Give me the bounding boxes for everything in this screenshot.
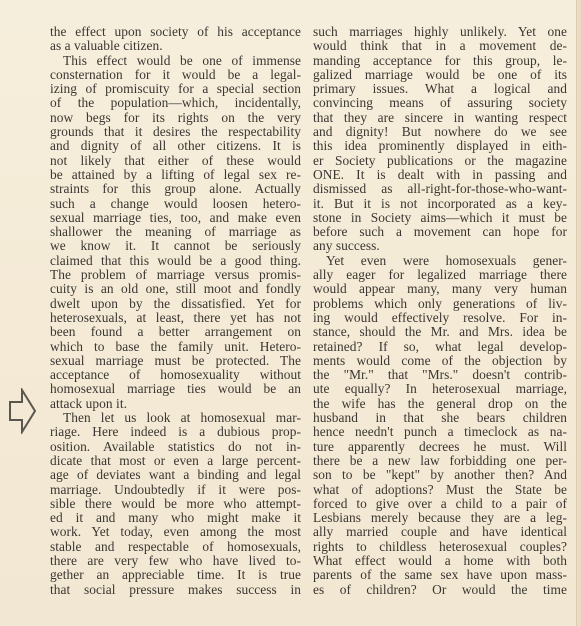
text-line: age of deviates want a binding and legal [50, 468, 301, 482]
text-line: would think that in a movement de- [313, 39, 567, 53]
text-line: consternation for it would be a legal- [50, 68, 301, 82]
text-line: the "Mr." that "Mrs." doesn't contrib- [313, 368, 567, 382]
text-line: and dignity! But nowhere do we see [313, 125, 567, 139]
text-line: any success. [313, 239, 567, 253]
text-line: as a valuable citizen. [50, 39, 301, 53]
text-line: such marriages highly unlikely. Yet one [313, 25, 567, 39]
text-line: What effect would a home with both [313, 554, 567, 568]
text-line: ing would effectively resolve. For in- [313, 311, 567, 325]
text-line: es of children? Or would the time [313, 583, 567, 597]
text-line: work. Yet today, even among the most [50, 525, 301, 539]
text-line: that social pressure makes success in [50, 583, 301, 597]
text-line: dwelt upon by the dissatisfied. Yet for [50, 297, 301, 311]
text-line: there are very few who have lived to- [50, 554, 301, 568]
text-line: Lesbians merely because they are a leg- [313, 511, 567, 525]
text-line: this idea prominently displayed in eith- [313, 139, 567, 153]
text-line: shallower the meaning of marriage as [50, 225, 301, 239]
text-line: now begs for its rights on the very [50, 111, 301, 125]
text-line: been found a better arrangement on [50, 325, 301, 339]
text-line: forced to give over a child to a pair of [313, 497, 567, 511]
text-line: not likely that either of these would [50, 154, 301, 168]
text-line: This effect would be one of immense [50, 54, 301, 68]
text-line: be attained by a lifting of legal sex re… [50, 168, 301, 182]
text-line: osition. Available statistics do not in- [50, 440, 301, 454]
text-line: riage. Here indeed is a dubious prop- [50, 425, 301, 439]
text-line: dicate that most or even a large percent… [50, 454, 301, 468]
text-line: ute equally? In heterosexual marriage, [313, 382, 567, 396]
text-line: attack upon it. [50, 397, 301, 411]
text-line: problems which only generations of liv- [313, 297, 567, 311]
text-line: there be a new law forbidding one per- [313, 454, 567, 468]
text-line: which to base the family unit. Hetero- [50, 340, 301, 354]
text-line: grounds that it desires the respectabili… [50, 125, 301, 139]
text-line: Then let us look at homosexual mar- [50, 411, 301, 425]
text-line: ONE. It is dealt with in passing and [313, 168, 567, 182]
text-line: ments would come of the objection by [313, 354, 567, 368]
text-line: stable and respectable of homosexuals, [50, 540, 301, 554]
text-line: manding acceptance for this group, le- [313, 54, 567, 68]
text-line: would appear many, many very human [313, 282, 567, 296]
text-line: ally married couple and have identical [313, 525, 567, 539]
text-line: cuity is an old one, still moot and fond… [50, 282, 301, 296]
text-line: it. But it is not incorporated as a key- [313, 197, 567, 211]
text-line: rights to childless heterosexual couples… [313, 540, 567, 554]
text-line: sexual marriage ties, too, and make even [50, 211, 301, 225]
text-line: acceptance of homosexuality without [50, 368, 301, 382]
text-line: what of adoptions? Must the State be [313, 483, 567, 497]
text-line: marriage. Undoubtedly if it were pos- [50, 483, 301, 497]
text-line: Yet even were homosexuals gener- [313, 254, 567, 268]
text-line: sible there would be more who attempt- [50, 497, 301, 511]
scanned-page: the effect upon society of his acceptanc… [0, 0, 578, 626]
text-line: ture apparently decrees he must. Will [313, 440, 567, 454]
page-edge [576, 0, 581, 626]
text-line: that they are sincere in wanting respect [313, 111, 567, 125]
text-line: The problem of marriage versus promis- [50, 268, 301, 282]
text-line: homosexual marriage ties would be an [50, 382, 301, 396]
text-line: convincing means of assuring society [313, 96, 567, 110]
text-line: such a change would loosen hetero- [50, 197, 301, 211]
text-line: primary issues. What a logical and [313, 82, 567, 96]
text-line: parents of the same sex have upon mass- [313, 568, 567, 582]
text-line: hence needn't punch a timeclock as na- [313, 425, 567, 439]
text-line: ed it and many who might make it [50, 511, 301, 525]
right-text-column: such marriages highly unlikely. Yet onew… [313, 25, 567, 597]
text-line: husband in that she bears children [313, 411, 567, 425]
left-text-column: the effect upon society of his acceptanc… [50, 25, 301, 597]
right-arrow-outline-icon [9, 388, 37, 434]
text-line: and dignity of all other citizens. It is [50, 139, 301, 153]
text-line: of the population—which, incidentally, [50, 96, 301, 110]
text-line: dismissed as all-right-for-those-who-wan… [313, 182, 567, 196]
text-line: the effect upon society of his acceptanc… [50, 25, 301, 39]
text-line: we know it. It cannot be seriously [50, 239, 301, 253]
text-line: stone in Society aims—which it must be [313, 211, 567, 225]
text-line: ally eager for legalized marriage there [313, 268, 567, 282]
text-line: galized marriage would be one of its [313, 68, 567, 82]
text-line: straints for this group alone. Actually [50, 182, 301, 196]
text-line: izing of promiscuity for a special secti… [50, 82, 301, 96]
text-line: sexual marriage must be protected. The [50, 354, 301, 368]
text-line: gether an appreciable time. It is true [50, 568, 301, 582]
text-line: er Society publications or the magazine [313, 154, 567, 168]
text-line: stance, should the Mr. and Mrs. idea be [313, 325, 567, 339]
text-line: claimed that this would be a good thing. [50, 254, 301, 268]
text-line: heterosexuals, at least, there yet has n… [50, 311, 301, 325]
text-line: son to be "kept" by another then? And [313, 468, 567, 482]
text-line: the wife has the general drop on the [313, 397, 567, 411]
text-line: before such a movement can hope for [313, 225, 567, 239]
text-line: retained? If so, what legal develop- [313, 340, 567, 354]
